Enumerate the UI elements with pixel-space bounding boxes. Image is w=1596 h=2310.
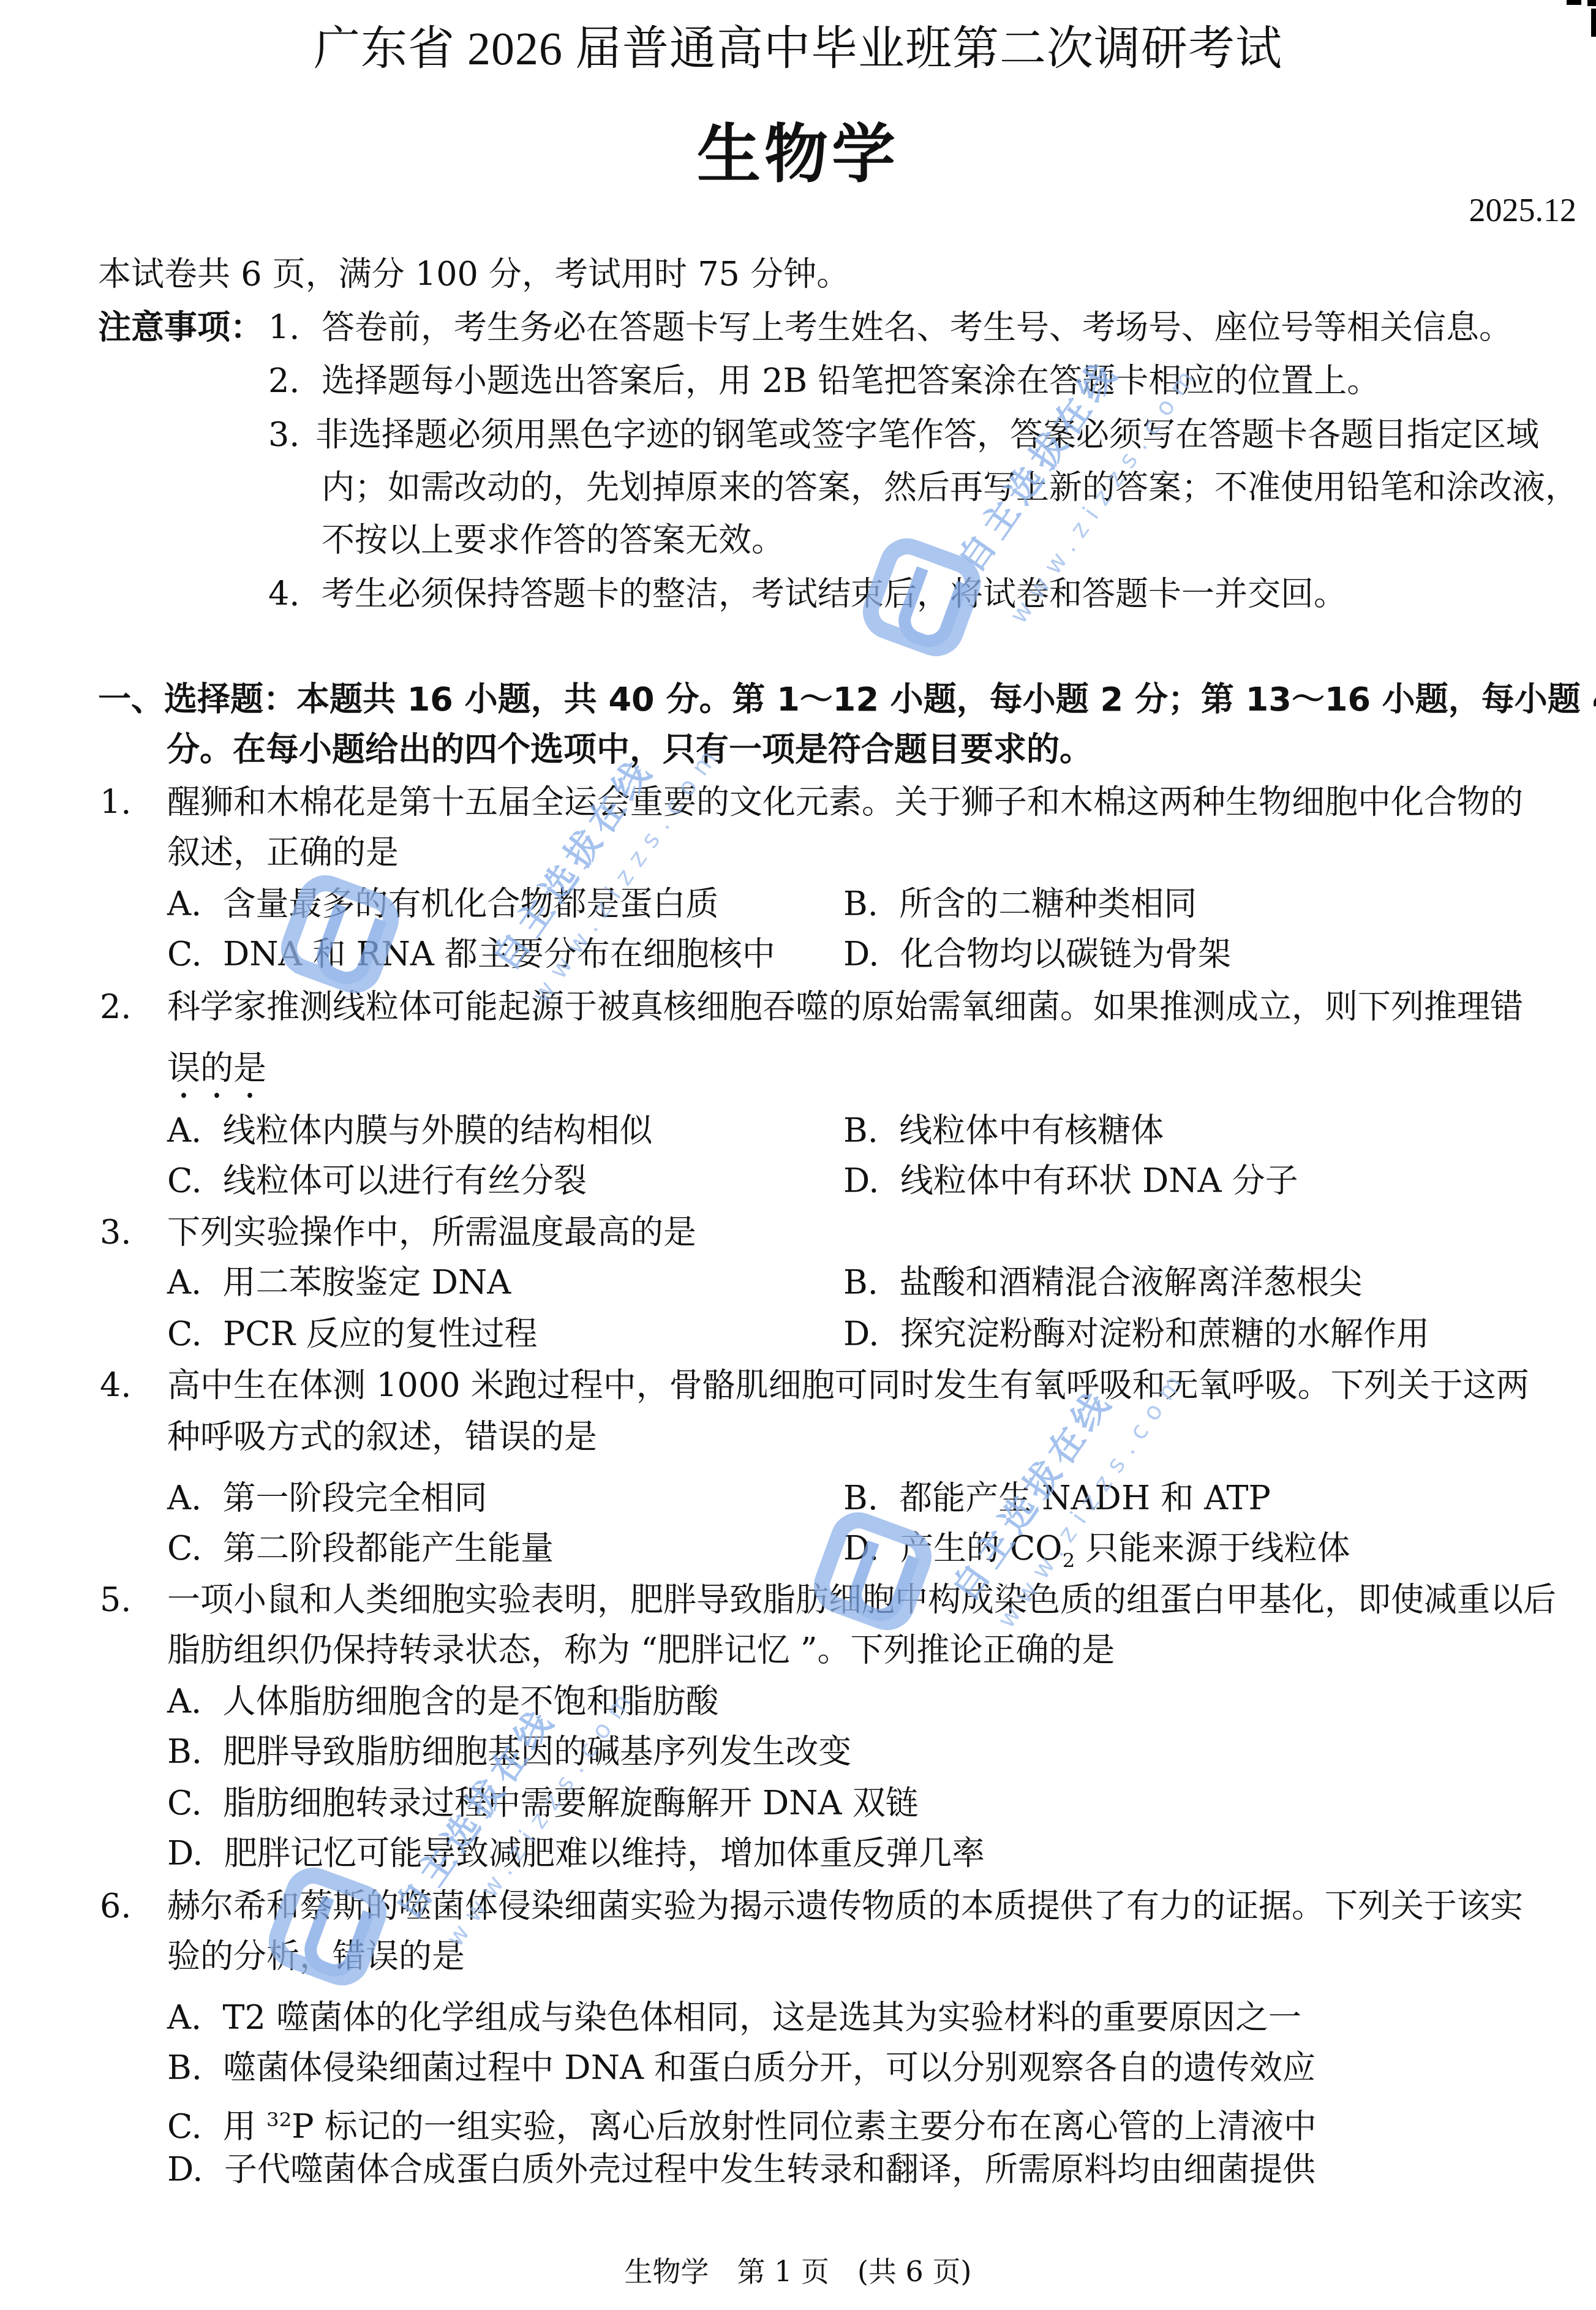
q6-option-a[interactable]: A. T2 噬菌体的化学组成与染色体相同，这是选其为实验材料的重要原因之一 xyxy=(167,1999,1301,2036)
note-2-num: 2. xyxy=(268,363,300,399)
q6-option-c[interactable]: C. 用 32P 标记的一组实验，离心后放射性同位素主要分布在离心管的上清液中 xyxy=(167,2101,1317,2145)
q3-number: 3. xyxy=(100,1214,132,1251)
q1-stem-1: 醒狮和木棉花是第十五届全运会重要的文化元素。关于狮子和木棉这两种生物细胞中化合物… xyxy=(167,784,1523,821)
intro-text: 本试卷共 6 页，满分 100 分，考试用时 75 分钟。 xyxy=(98,256,849,293)
q2-option-b[interactable]: B. 线粒体中有核糖体 xyxy=(843,1112,1164,1149)
q6-number: 6. xyxy=(100,1888,132,1925)
note-1-num: 1. xyxy=(268,309,300,346)
q4-option-c[interactable]: C. 第二阶段都能产生能量 xyxy=(167,1530,554,1567)
page-footer: 生物学 第 1 页 (共 6 页) xyxy=(0,2249,1596,2290)
section-heading-line-1: 一、选择题：本题共 16 小题，共 40 分。第 1～12 小题，每小题 2 分… xyxy=(98,681,1596,718)
q4-stem-1: 高中生在体测 1000 米跑过程中，骨骼肌细胞可同时发生有氧呼吸和无氧呼吸。下列… xyxy=(167,1367,1529,1404)
notes-label: 注意事项： xyxy=(98,309,263,346)
q2-option-c[interactable]: C. 线粒体可以进行有丝分裂 xyxy=(167,1163,587,1199)
q5-option-c[interactable]: C. 脂肪细胞转录过程中需要解旋酶解开 DNA 双链 xyxy=(167,1785,919,1822)
q3-stem-1: 下列实验操作中，所需温度最高的是 xyxy=(167,1214,696,1251)
q2-number: 2. xyxy=(100,989,132,1025)
q4-stem-2: 种呼吸方式的叙述，错误的是 xyxy=(167,1419,597,1455)
q5-number: 5. xyxy=(100,1582,132,1618)
q5-stem-1: 一项小鼠和人类细胞实验表明，肥胖导致脂肪细胞中构成染色质的组蛋白甲基化，即使减重… xyxy=(167,1582,1556,1618)
q1-option-c[interactable]: C. DNA 和 RNA 都主要分布在细胞核中 xyxy=(167,936,775,973)
q2-option-a[interactable]: A. 线粒体内膜与外膜的结构相似 xyxy=(167,1112,653,1149)
q3-option-b[interactable]: B. 盐酸和酒精混合液解离洋葱根尖 xyxy=(843,1264,1362,1301)
q4-option-d[interactable]: D. 产生的 CO2 只能来源于线粒体 xyxy=(843,1530,1350,1579)
q5-option-b[interactable]: B. 肥胖导致脂肪细胞基因的碱基序列发生改变 xyxy=(167,1734,851,1770)
note-1-text: 答卷前，考生务必在答题卡写上考生姓名、考生号、考场号、座位号等相关信息。 xyxy=(322,309,1512,346)
note-3-text-2: 内；如需改动的，先划掉原来的答案，然后再写上新的答案；不准使用铅笔和涂改液， xyxy=(322,469,1578,506)
note-3-text-3: 不按以上要求作答的答案无效。 xyxy=(322,522,785,559)
note-2-text: 选择题每小题选出答案后，用 2B 铅笔把答案涂在答题卡相应的位置上。 xyxy=(322,363,1380,399)
q6-option-b[interactable]: B. 噬菌体侵染细菌过程中 DNA 和蛋白质分开，可以分别观察各自的遗传效应 xyxy=(167,2050,1316,2086)
subject-title: 生物学 xyxy=(0,103,1596,195)
q1-option-b[interactable]: B. 所含的二糖种类相同 xyxy=(843,886,1197,923)
q6-option-d[interactable]: D. 子代噬菌体合成蛋白质外壳过程中发生转录和翻译，所需原料均由细菌提供 xyxy=(167,2151,1316,2188)
q6-stem-1: 赫尔希和蔡斯的噬菌体侵染细菌实验为揭示遗传物质的本质提供了有力的证据。下列关于该… xyxy=(167,1888,1523,1925)
q5-stem-2: 脂肪组织仍保持转录状态，称为 “肥胖记忆 ”。下列推论正确的是 xyxy=(167,1632,1115,1669)
q4-option-b[interactable]: B. 都能产生 NADH 和 ATP xyxy=(843,1480,1271,1517)
exam-date: 2025.12 xyxy=(1469,191,1577,229)
section-heading-line-2: 分。在每小题给出的四个选项中，只有一项是符合题目要求的。 xyxy=(167,731,1093,768)
q4-option-a[interactable]: A. 第一阶段完全相同 xyxy=(167,1480,487,1517)
q3-option-d[interactable]: D. 探究淀粉酶对淀粉和蔗糖的水解作用 xyxy=(843,1316,1429,1353)
q2-stem-2: 误的是 xyxy=(167,1049,266,1106)
q5-option-a[interactable]: A. 人体脂肪细胞含的是不饱和脂肪酸 xyxy=(167,1683,719,1720)
exam-title: 广东省 2026 届普通高中毕业班第二次调研考试 xyxy=(0,11,1596,78)
q3-option-c[interactable]: C. PCR 反应的复性过程 xyxy=(167,1316,537,1353)
q4-number: 4. xyxy=(100,1367,132,1404)
q1-option-a[interactable]: A. 含量最多的有机化合物都是蛋白质 xyxy=(167,886,719,923)
q1-stem-2: 叙述，正确的是 xyxy=(167,834,399,871)
note-3-text-1: 非选择题必须用黑色字迹的钢笔或签字笔作答，答案必须写在答题卡各题目指定区域 xyxy=(315,417,1539,453)
q2-option-d[interactable]: D. 线粒体中有环状 DNA 分子 xyxy=(843,1163,1298,1199)
q6-stem-2: 验的分析，错误的是 xyxy=(167,1938,465,1975)
note-4-text: 考生必须保持答题卡的整洁，考试结束后，将试卷和答题卡一并交回。 xyxy=(322,576,1347,613)
q2-stem-1: 科学家推测线粒体可能起源于被真核细胞吞噬的原始需氧细菌。如果推测成立，则下列推理… xyxy=(167,989,1523,1025)
q1-number: 1. xyxy=(100,784,132,821)
note-3-num: 3. xyxy=(268,417,300,453)
q1-option-d[interactable]: D. 化合物均以碳链为骨架 xyxy=(843,936,1231,973)
q3-option-a[interactable]: A. 用二苯胺鉴定 DNA xyxy=(167,1264,511,1301)
q5-option-d[interactable]: D. 肥胖记忆可能导致减肥难以维持，增加体重反弹几率 xyxy=(167,1835,985,1872)
note-4-num: 4. xyxy=(268,576,300,613)
